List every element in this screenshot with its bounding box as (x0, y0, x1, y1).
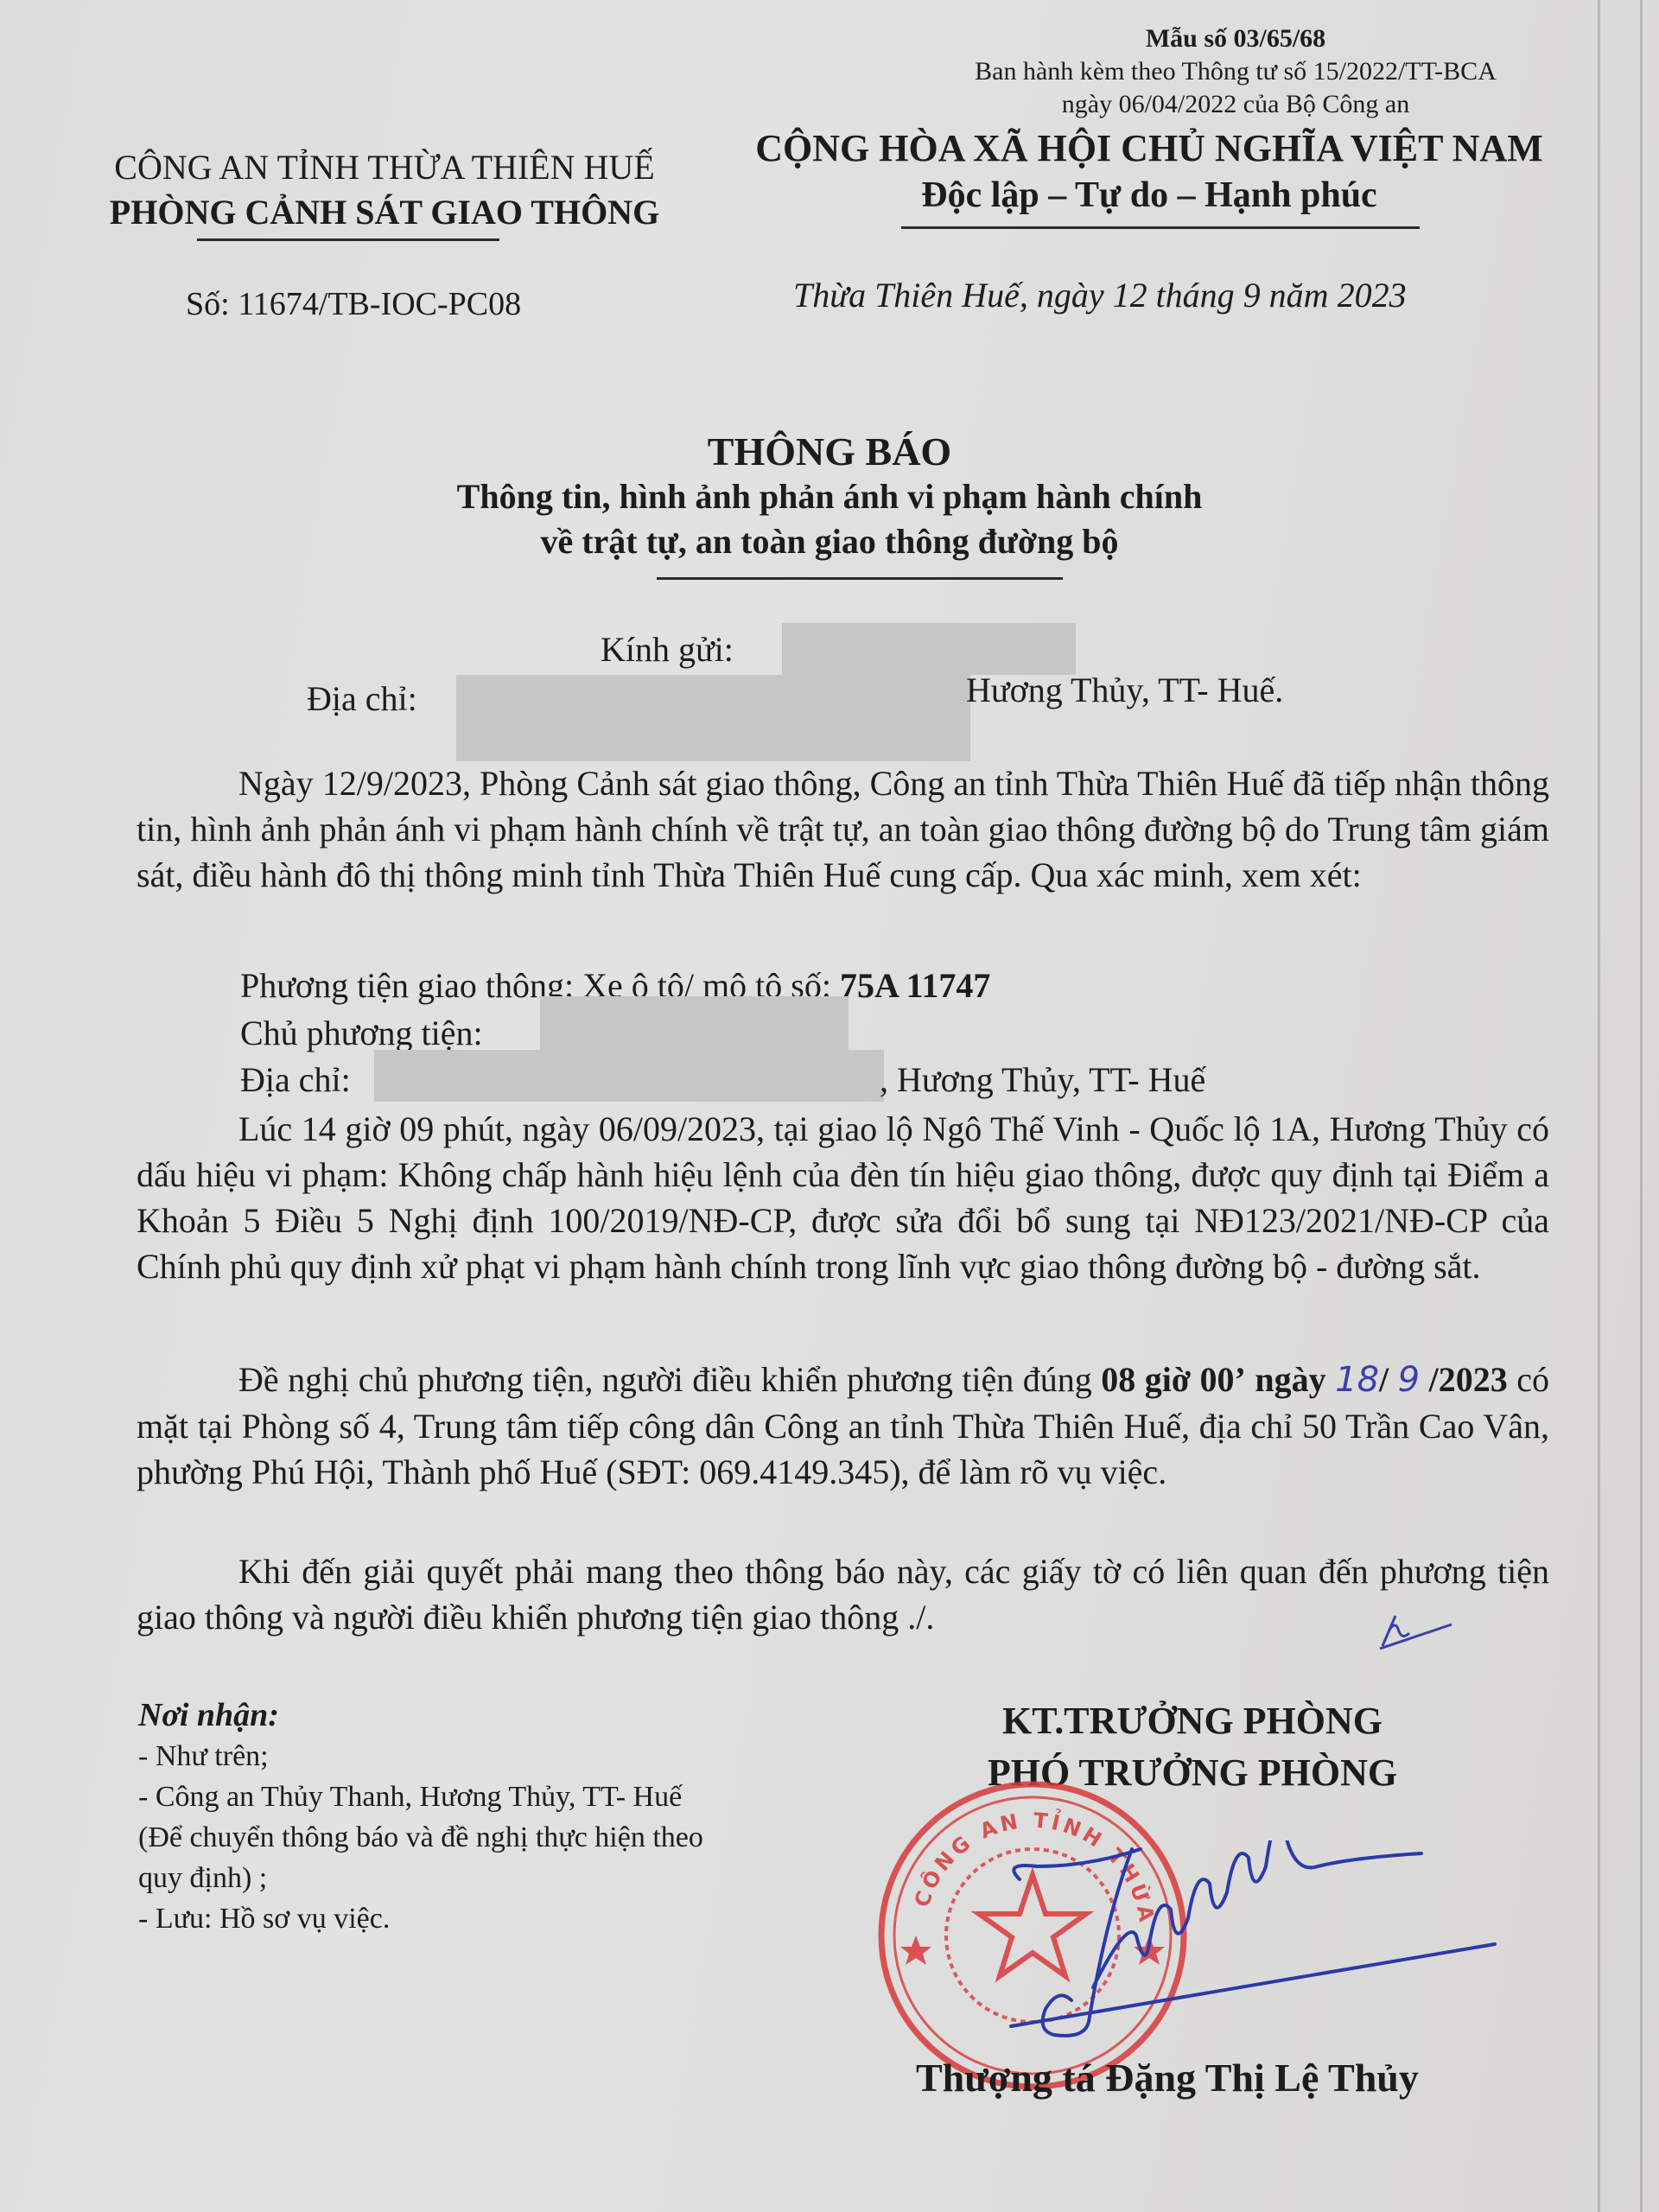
signature-title-1: KT.TRƯỞNG PHÒNG (899, 1695, 1486, 1747)
country-name: CỘNG HÒA XÃ HỘI CHỦ NGHĨA VIỆT NAM (717, 125, 1581, 172)
paragraph-requirements: Khi đến giải quyết phải mang theo thông … (137, 1548, 1549, 1640)
paragraph-summons: Đề nghị chủ phương tiện, người điều khiể… (137, 1357, 1549, 1495)
national-header: CỘNG HÒA XÃ HỘI CHỦ NGHĨA VIỆT NAM Độc l… (717, 125, 1581, 219)
paragraph-requirements-text: Khi đến giải quyết phải mang theo thông … (137, 1552, 1549, 1637)
to-label: Kính gửi: (601, 629, 734, 670)
license-plate: 75A 11747 (840, 966, 990, 1005)
recipient-item: - Công an Thủy Thanh, Hương Thủy, TT- Hu… (138, 1777, 703, 1817)
signer-name: Thượng tá Đặng Thị Lệ Thủy (916, 2055, 1419, 2101)
owner-address-label: Địa chỉ: (240, 1059, 351, 1100)
summons-time: 08 giờ 00’ (1101, 1360, 1246, 1399)
form-issued-with: Ban hành kèm theo Thông tư số 15/2022/TT… (933, 55, 1538, 88)
owner-address-tail: , Hương Thủy, TT- Huế (880, 1059, 1205, 1100)
recipient-item: - Lưu: Hồ sơ vụ việc. (138, 1898, 703, 1939)
recipient-item: (Để chuyển thông báo và đề nghị thực hiệ… (138, 1817, 703, 1858)
redacted-owner-address (374, 1050, 884, 1102)
paragraph-receipt: Ngày 12/9/2023, Phòng Cảnh sát giao thôn… (137, 760, 1549, 898)
motto-underline (901, 226, 1420, 229)
summons-day-label: ngày (1255, 1360, 1325, 1399)
form-issued-date: ngày 06/04/2022 của Bộ Công an (933, 88, 1538, 121)
notice-title: THÔNG BÁO (259, 429, 1400, 474)
agency-header: CÔNG AN TỈNH THỪA THIÊN HUẾ PHÒNG CẢNH S… (69, 145, 700, 235)
redacted-owner-name (540, 996, 849, 1050)
recipients-block: Nơi nhận: - Như trên; - Công an Thủy Tha… (138, 1695, 703, 1939)
address-tail: Hương Thủy, TT- Huế. (966, 670, 1283, 710)
recipient-item: quy định) ; (138, 1858, 703, 1898)
notice-subtitle-2: về trật tự, an toàn giao thông đường bộ (259, 519, 1400, 564)
address-label: Địa chỉ: (307, 678, 417, 719)
summons-year: /2023 (1429, 1360, 1508, 1399)
summons-lead: Đề nghị chủ phương tiện, người điều khiể… (238, 1360, 1092, 1399)
paragraph-violation-text: Lúc 14 giờ 09 phút, ngày 06/09/2023, tại… (137, 1109, 1549, 1286)
initial-mark-icon (1378, 1607, 1456, 1650)
owner-label: Chủ phương tiện: (240, 1013, 483, 1053)
title-underline (657, 577, 1063, 580)
place-date: Thừa Thiên Huế, ngày 12 tháng 9 năm 2023 (793, 275, 1407, 315)
recipient-item: - Như trên; (138, 1736, 703, 1777)
agency-department: PHÒNG CẢNH SÁT GIAO THÔNG (69, 190, 700, 235)
redacted-recipient-address (456, 675, 970, 761)
agency-underline (197, 238, 499, 241)
national-motto: Độc lập – Tự do – Hạnh phúc (717, 172, 1581, 219)
handwritten-day: 18 (1335, 1360, 1379, 1400)
notice-subtitle-1: Thông tin, hình ảnh phản ánh vi phạm hàn… (259, 474, 1400, 519)
document-number: Số: 11674/TB-IOC-PC08 (186, 285, 521, 323)
form-reference: Mẫu số 03/65/68 Ban hành kèm theo Thông … (933, 22, 1538, 121)
signature-icon (994, 1840, 1521, 2056)
form-number: Mẫu số 03/65/68 (933, 22, 1538, 55)
document-page: Mẫu số 03/65/68 Ban hành kèm theo Thông … (0, 0, 1659, 2212)
redacted-recipient-name (782, 623, 1076, 675)
notice-title-block: THÔNG BÁO Thông tin, hình ảnh phản ánh v… (259, 429, 1400, 564)
paper-edge-line (1640, 0, 1643, 2212)
paragraph-receipt-text: Ngày 12/9/2023, Phòng Cảnh sát giao thôn… (137, 764, 1549, 894)
paragraph-violation: Lúc 14 giờ 09 phút, ngày 06/09/2023, tại… (137, 1106, 1549, 1289)
agency-parent: CÔNG AN TỈNH THỪA THIÊN HUẾ (69, 145, 700, 190)
paper-edge-line (1598, 0, 1600, 2212)
recipients-heading: Nơi nhận: (138, 1695, 703, 1736)
handwritten-month: 9 (1398, 1360, 1420, 1400)
